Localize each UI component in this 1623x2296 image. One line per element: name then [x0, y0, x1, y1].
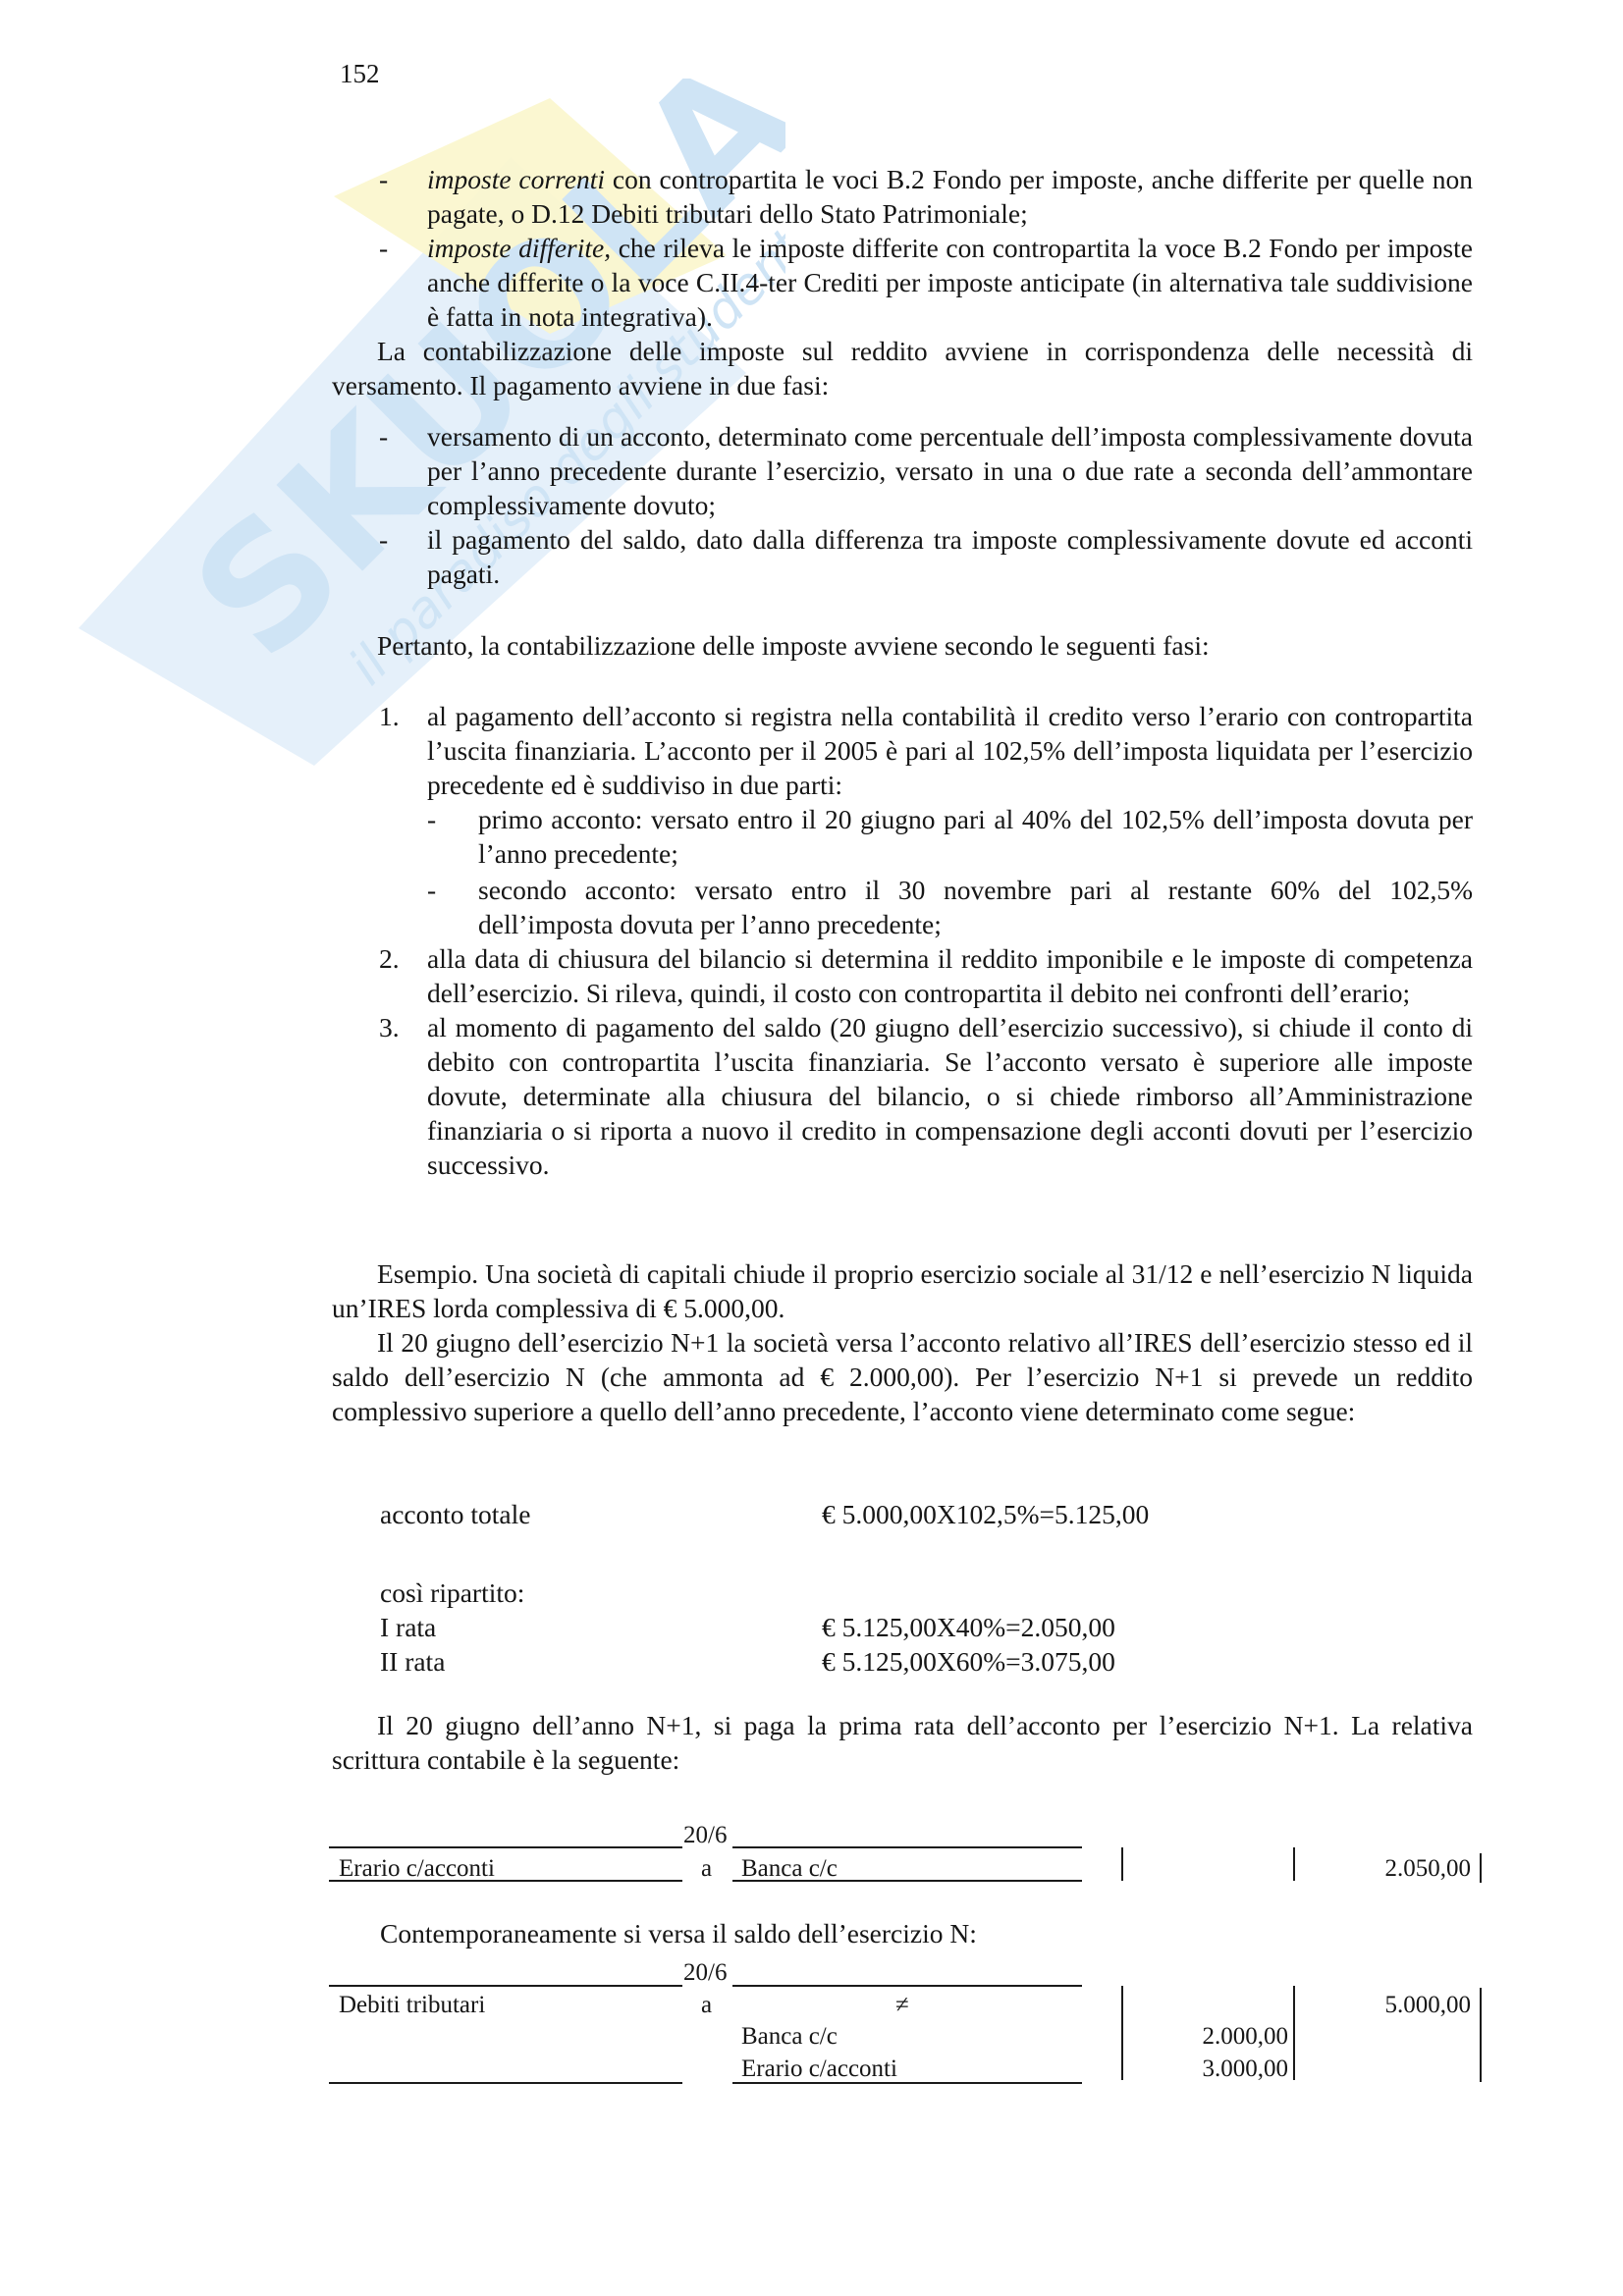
- list-item-text: versamento di un acconto, determinato co…: [427, 421, 1473, 520]
- paragraph-pertanto: Pertanto, la contabilizzazione delle imp…: [332, 628, 1473, 663]
- sub-list: - primo acconto: versato entro il 20 giu…: [427, 802, 1473, 941]
- sub-list-item: - primo acconto: versato entro il 20 giu…: [427, 802, 1473, 871]
- entry-a: a: [701, 1854, 712, 1884]
- sub-list-item: - secondo acconto: versato entro il 30 n…: [427, 873, 1473, 941]
- column-divider: [1293, 1986, 1295, 2080]
- list-item-text: il pagamento del saldo, dato dalla diffe…: [427, 524, 1473, 589]
- acconto-totale-label: acconto totale: [380, 1497, 530, 1531]
- payment-phases-list: - versamento di un acconto, determinato …: [332, 419, 1473, 591]
- column-divider: [1293, 1847, 1295, 1881]
- numbered-item: 2. alla data di chiusura del bilancio si…: [332, 941, 1473, 1010]
- debit-account: Debiti tributari: [339, 1991, 485, 2020]
- numbered-item: 3. al momento di pagamento del saldo (20…: [332, 1010, 1473, 1182]
- column-divider: [1121, 1986, 1123, 2080]
- rata1-value: € 5.125,00X40%=2.050,00: [822, 1610, 1115, 1644]
- dash-marker: -: [427, 873, 436, 907]
- list-item-text: al pagamento dell’acconto si registra ne…: [427, 701, 1473, 800]
- entry-total: 2.050,00: [1335, 1854, 1471, 1884]
- rata1-label: I rata: [380, 1610, 436, 1644]
- number-marker: 3.: [379, 1010, 400, 1044]
- document-page: 152 - imposte correnti con contropartita…: [0, 0, 1623, 2296]
- dash-marker: -: [379, 419, 388, 454]
- entry-date: 20/6: [683, 1958, 727, 1988]
- list-item: - imposte correnti con contropartita le …: [332, 162, 1473, 231]
- numbered-item: 1. al pagamento dell’acconto si registra…: [332, 699, 1473, 941]
- paragraph-contemporaneamente: Contemporaneamente si versa il saldo del…: [380, 1916, 977, 1950]
- paragraph-esempio: Esempio. Una società di capitali chiude …: [332, 1256, 1473, 1325]
- paragraph-text: Pertanto, la contabilizzazione delle imp…: [377, 630, 1210, 661]
- accounting-steps-list: 1. al pagamento dell’acconto si registra…: [332, 699, 1473, 1182]
- credit-amount: 2.000,00: [1149, 2022, 1288, 2052]
- rule: [329, 1985, 682, 1987]
- entry-total: 5.000,00: [1335, 1991, 1471, 2020]
- list-item-text: secondo acconto: versato entro il 30 nov…: [478, 875, 1473, 939]
- acconto-totale-value: € 5.000,00X102,5%=5.125,00: [822, 1497, 1149, 1531]
- list-item-text: alla data di chiusura del bilancio si de…: [427, 943, 1473, 1008]
- paragraph-text: La contabilizzazione delle imposte sul r…: [332, 336, 1473, 400]
- entry-date: 20/6: [683, 1821, 727, 1850]
- rule: [732, 1880, 1082, 1882]
- column-divider: [1480, 1853, 1482, 1883]
- rule: [329, 2082, 682, 2084]
- list-item-text: primo acconto: versato entro il 20 giugn…: [478, 804, 1473, 869]
- list-item: - imposte differite, che rileva le impos…: [332, 231, 1473, 334]
- list-item-text: al momento di pagamento del saldo (20 gi…: [427, 1012, 1473, 1180]
- dash-marker: -: [379, 231, 388, 265]
- rule: [732, 1985, 1082, 1987]
- acconto-calculation: acconto totale € 5.000,00X102,5%=5.125,0…: [380, 1497, 1264, 1693]
- paragraph-prima-rata: Il 20 giugno dell’anno N+1, si paga la p…: [332, 1708, 1473, 1777]
- paragraph-text: Esempio. Una società di capitali chiude …: [332, 1258, 1473, 1323]
- number-marker: 2.: [379, 941, 400, 976]
- paragraph-text: Il 20 giugno dell’esercizio N+1 la socie…: [332, 1327, 1473, 1426]
- paragraph-contabilizzazione: La contabilizzazione delle imposte sul r…: [332, 334, 1473, 402]
- list-item: - versamento di un acconto, determinato …: [332, 419, 1473, 522]
- paragraph-esempio-details: Il 20 giugno dell’esercizio N+1 la socie…: [332, 1325, 1473, 1428]
- credit-amount: 3.000,00: [1149, 2055, 1288, 2084]
- list-item: - il pagamento del saldo, dato dalla dif…: [332, 522, 1473, 591]
- credit-account: Banca c/c: [741, 2022, 838, 2052]
- dash-marker: -: [379, 162, 388, 196]
- number-marker: 1.: [379, 699, 400, 733]
- rule: [329, 1846, 682, 1848]
- multiple-accounts-symbol: ≠: [895, 1991, 909, 2020]
- page-number: 152: [340, 59, 380, 89]
- column-divider: [1121, 1847, 1123, 1881]
- ripartito-label: così ripartito:: [380, 1575, 524, 1610]
- paragraph-text: Il 20 giugno dell’anno N+1, si paga la p…: [332, 1710, 1473, 1775]
- rule: [329, 1880, 682, 1882]
- dash-marker: -: [379, 522, 388, 557]
- dash-marker: -: [427, 802, 436, 836]
- tax-types-list: - imposte correnti con contropartita le …: [332, 162, 1473, 334]
- rata2-value: € 5.125,00X60%=3.075,00: [822, 1644, 1115, 1679]
- rule: [732, 1846, 1082, 1848]
- column-divider: [1480, 1988, 1482, 2082]
- term-imposte-correnti: imposte correnti: [427, 164, 605, 194]
- term-imposte-differite: imposte differite,: [427, 233, 611, 263]
- rule: [732, 2082, 1082, 2084]
- credit-account: Erario c/acconti: [741, 2055, 897, 2084]
- rata2-label: II rata: [380, 1644, 445, 1679]
- entry-a: a: [701, 1991, 712, 2020]
